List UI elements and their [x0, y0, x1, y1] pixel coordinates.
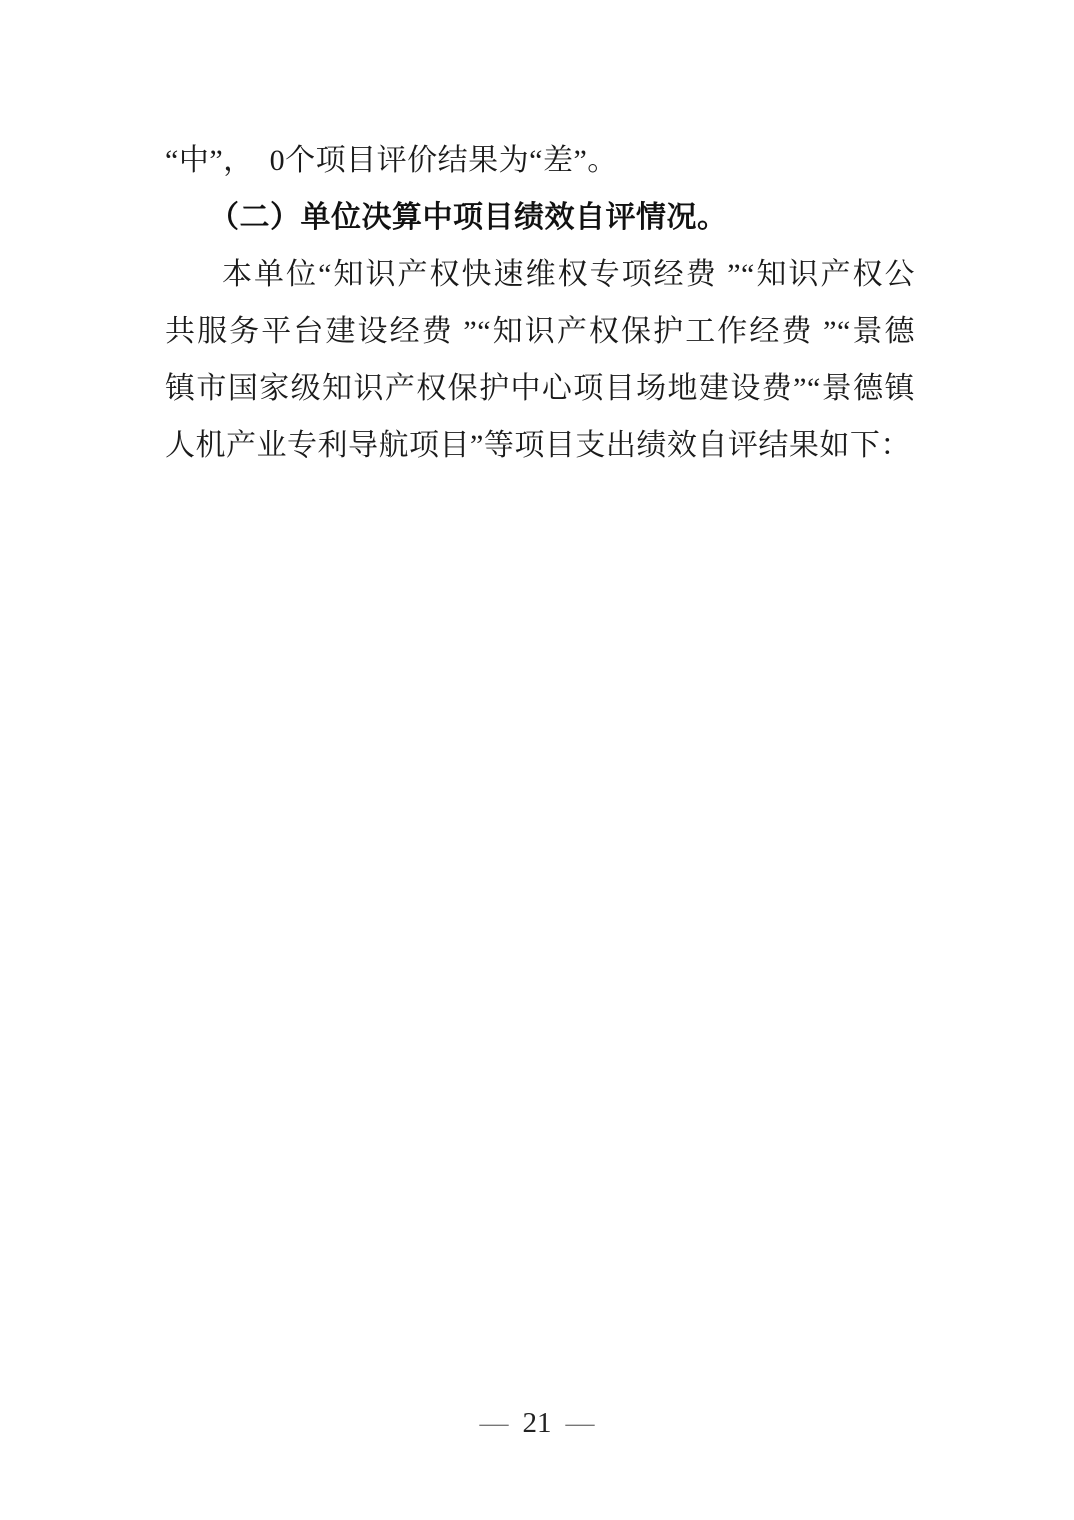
paragraph-line-1: “中”， 0个项目评价结果为“差”。 — [165, 132, 915, 189]
paragraph-line-4: 镇市国家级知识产权保护中心项目场地建设费”“景德镇无 — [165, 360, 915, 417]
paragraph-line-3: 共服务平台建设经费 ”“知识产权保护工作经费 ”“景德 — [165, 303, 915, 360]
paragraph-line-2: 本单位“知识产权快速维权专项经费 ”“知识产权公 — [165, 246, 915, 303]
page-footer: —21— — [0, 1405, 1074, 1441]
page-number: 21 — [523, 1407, 552, 1439]
paragraph-line-5: 人机产业专利导航项目”等项目支出绩效自评结果如下： — [165, 417, 915, 474]
footer-dash-right: — — [566, 1407, 595, 1439]
text-block: “中”， 0个项目评价结果为“差”。 （二）单位决算中项目绩效自评情况。 本单位… — [165, 132, 915, 474]
footer-dash-left: — — [480, 1407, 509, 1439]
section-heading: （二）单位决算中项目绩效自评情况。 — [165, 189, 915, 246]
document-page: “中”， 0个项目评价结果为“差”。 （二）单位决算中项目绩效自评情况。 本单位… — [0, 0, 1074, 1520]
